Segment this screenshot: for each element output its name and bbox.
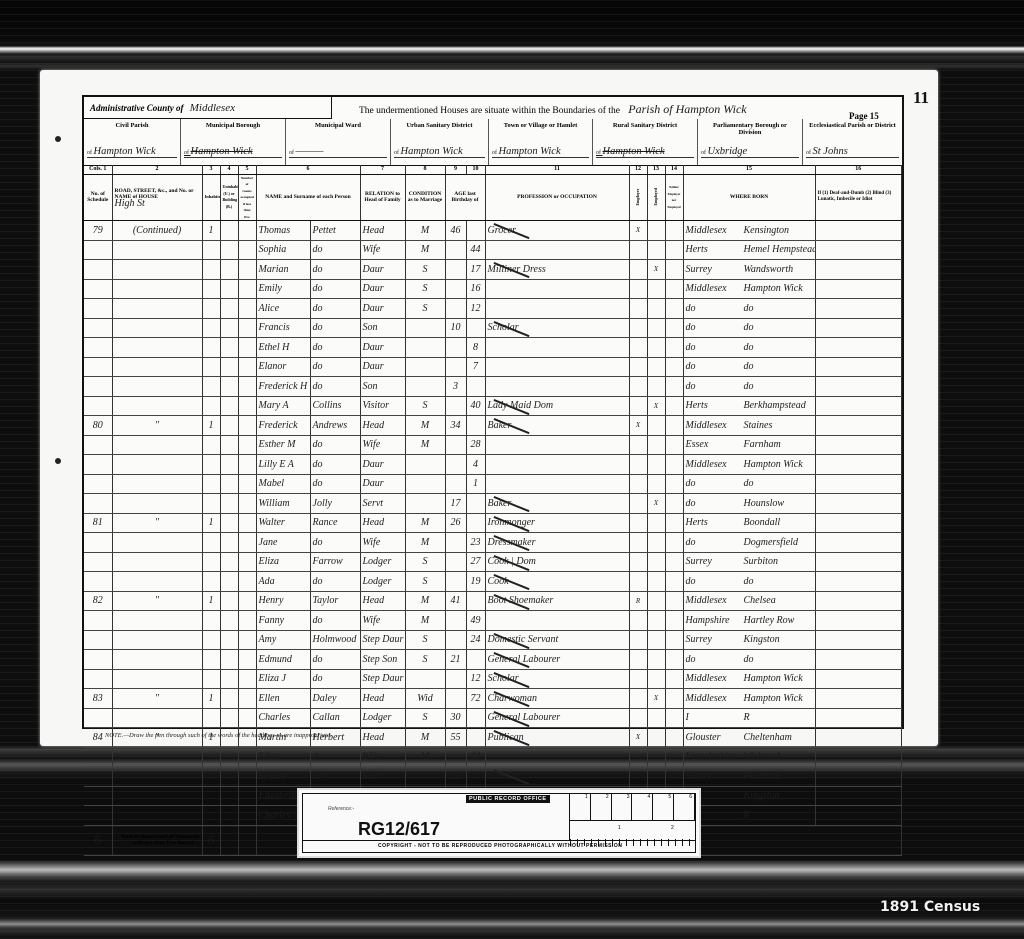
copyright-notice: COPYRIGHT - NOT TO BE REPRODUCED PHOTOGR… — [303, 840, 695, 852]
table-row: Mary ACollinsVisitorS40Lady Maid DomXHer… — [84, 396, 902, 416]
schedule-cell: 79 — [84, 221, 112, 241]
forename-cell: Sydney — [256, 767, 310, 787]
occupation-cell: Scholar — [485, 669, 629, 689]
inhabited-cell: 1 — [202, 689, 220, 709]
table-row: FrancisdoSon10Scholardodo — [84, 318, 902, 338]
female-age-cell: 17 — [466, 260, 485, 280]
schedule-cell — [84, 396, 112, 416]
male-age-cell — [445, 572, 466, 592]
employed-cell: X — [647, 396, 665, 416]
female-age-cell: 44 — [466, 747, 485, 767]
schedule-cell — [84, 377, 112, 397]
col-number: 2 — [112, 165, 202, 174]
empty-cell — [238, 825, 256, 855]
condition-cell: M — [405, 728, 445, 748]
infirmity-cell — [815, 474, 902, 494]
infirmity-cell — [815, 455, 902, 475]
forename-cell: Marian — [256, 260, 310, 280]
birth-county: Surrey — [686, 264, 744, 275]
neither-cell — [665, 572, 683, 592]
relation-cell: Daur — [360, 260, 405, 280]
birth-place: R — [744, 712, 750, 723]
table-row: 80"1FrederickAndrewsHeadM34BakerXMiddles… — [84, 416, 902, 436]
relation-cell: Step Son — [360, 650, 405, 670]
surname-cell: do — [310, 240, 360, 260]
birth-county: Middlesex — [686, 673, 744, 684]
surname-cell: do — [310, 435, 360, 455]
district-row: Civil Parish Hampton Wick Municipal Boro… — [84, 119, 902, 166]
occupation-cell: Publican — [485, 728, 629, 748]
occupation-cell — [485, 299, 629, 319]
schedule-cell: 82 — [84, 591, 112, 611]
employer-cell — [629, 279, 647, 299]
relation-cell: Daur — [360, 357, 405, 377]
scale-tick: 2 — [591, 794, 612, 820]
relation-cell: Head — [360, 416, 405, 436]
road-cell — [112, 435, 202, 455]
surname-cell: Rance — [310, 513, 360, 533]
condition-cell: M — [405, 533, 445, 553]
employer-cell: X — [629, 728, 647, 748]
schedule-cell — [84, 786, 112, 806]
birth-place: Hartley Row — [744, 615, 795, 626]
birthplace-cell: dodo — [683, 377, 815, 397]
condition-cell: M — [405, 747, 445, 767]
birthplace-cell: dodo — [683, 299, 815, 319]
header-name: NAME and Surname of each Person — [256, 174, 360, 221]
condition-cell: M — [405, 221, 445, 241]
infirmity-cell — [815, 435, 902, 455]
punch-hole-icon — [55, 458, 61, 464]
forename-cell: Edmund — [256, 650, 310, 670]
birth-county: Middlesex — [686, 459, 744, 470]
occupation-cell: Milliner Dress — [485, 260, 629, 280]
employer-cell — [629, 611, 647, 631]
employed-cell — [647, 377, 665, 397]
infirmity-cell — [815, 747, 902, 767]
condition-cell: S — [405, 552, 445, 572]
table-row: MariandoDaurS17Milliner DressXSurreyWand… — [84, 260, 902, 280]
birthplace-cell: dodo — [683, 318, 815, 338]
relation-cell: Daur — [360, 474, 405, 494]
uninhabited-cell — [220, 435, 238, 455]
birthplace-cell: MiddlesexStaines — [683, 416, 815, 436]
inhabited-cell — [202, 786, 220, 806]
surname-cell: Daley — [310, 689, 360, 709]
birth-place: Peckham — [744, 771, 781, 782]
neither-cell — [665, 377, 683, 397]
occupation-cell: Domestic Servant — [485, 630, 629, 650]
forename-cell: Esther M — [256, 435, 310, 455]
male-age-cell — [445, 299, 466, 319]
occupation-cell — [485, 279, 629, 299]
female-age-cell: 49 — [466, 611, 485, 631]
table-row: EmilydoDaurS16MiddlesexHampton Wick — [84, 279, 902, 299]
houses-total-label: Total of Houses and of Tenements with le… — [112, 825, 202, 855]
employer-cell — [629, 435, 647, 455]
birthplace-cell: SurreyKingston — [683, 630, 815, 650]
schedule-cell — [84, 708, 112, 728]
birth-county: do — [686, 537, 744, 548]
rooms-cell — [238, 611, 256, 631]
employed-cell — [647, 669, 665, 689]
neither-cell — [665, 318, 683, 338]
condition-cell: S — [405, 650, 445, 670]
birth-county: do — [686, 478, 744, 489]
scale-cm: 1 2 3 4 5 6 — [570, 794, 695, 821]
road-cell — [112, 299, 202, 319]
inhabited-cell — [202, 260, 220, 280]
relation-cell: Daur — [360, 338, 405, 358]
occupation-cell — [485, 377, 629, 397]
table-row: 81"1WalterRanceHeadM26IronmongerHertsBoo… — [84, 513, 902, 533]
neither-cell — [665, 357, 683, 377]
header-neither: Neither Employer nor Employed — [665, 174, 683, 221]
birthplace-cell: MiddlesexHampton Wick — [683, 669, 815, 689]
surname-cell: do — [310, 474, 360, 494]
birth-place: Chelsea — [744, 595, 776, 606]
surname-cell: do — [310, 767, 360, 787]
road-cell: (Continued) — [112, 221, 202, 241]
rooms-cell — [238, 318, 256, 338]
schedule-cell: 81 — [84, 513, 112, 533]
col-number: 11 — [485, 165, 629, 174]
employer-cell — [629, 767, 647, 787]
forename-cell: Sophia — [256, 240, 310, 260]
birthplace-cell: SurreyWandsworth — [683, 260, 815, 280]
uninhabited-cell — [220, 494, 238, 514]
inhabited-cell — [202, 318, 220, 338]
inhabited-cell — [202, 708, 220, 728]
rooms-cell — [238, 533, 256, 553]
forename-cell: Fanny — [256, 611, 310, 631]
female-age-cell — [466, 416, 485, 436]
schedule-cell — [84, 572, 112, 592]
col-number: 3 — [202, 165, 220, 174]
inhabited-cell: 1 — [202, 513, 220, 533]
header-road: ROAD, STREET, &c., and No. or NAME of HO… — [112, 174, 202, 221]
employer-cell — [629, 708, 647, 728]
road-cell — [112, 669, 202, 689]
inhabited-cell — [202, 396, 220, 416]
relation-cell: Lodger — [360, 552, 405, 572]
infirmity-cell — [815, 221, 902, 241]
employer-cell — [629, 474, 647, 494]
header-infirmity: If (1) Deaf-and-Dumb (2) Blind (3) Lunat… — [815, 174, 902, 221]
inhabited-cell — [202, 533, 220, 553]
forename-cell: Francis — [256, 318, 310, 338]
forename-cell: Thomas — [256, 221, 310, 241]
rooms-cell — [238, 455, 256, 475]
inhabited-cell — [202, 611, 220, 631]
relation-cell: Wife — [360, 435, 405, 455]
district-label: Rural Sanitary District — [596, 122, 694, 138]
surname-cell: do — [310, 279, 360, 299]
schedule-cell — [84, 299, 112, 319]
neither-cell — [665, 767, 683, 787]
birthplace-cell: dodo — [683, 650, 815, 670]
road-cell — [112, 474, 202, 494]
employer-cell — [629, 630, 647, 650]
infirmity-cell — [815, 279, 902, 299]
male-age-cell — [445, 455, 466, 475]
scale-tick: 1 — [570, 794, 591, 820]
neither-cell — [665, 669, 683, 689]
forename-cell: Walter — [256, 513, 310, 533]
rooms-cell — [238, 591, 256, 611]
road-cell: " — [112, 689, 202, 709]
uninhabited-cell — [220, 747, 238, 767]
birth-place: do — [744, 322, 754, 333]
employed-cell — [647, 318, 665, 338]
inhabited-cell: 1 — [202, 591, 220, 611]
employer-cell — [629, 299, 647, 319]
birth-place: Surbiton — [744, 556, 778, 567]
district-value: Hampton Wick — [184, 146, 282, 158]
empty-cell — [220, 825, 238, 855]
birth-county: Glouster — [686, 732, 744, 743]
occupation-cell: Lady Maid Dom — [485, 396, 629, 416]
occupation-cell: Boot Shoemaker — [485, 591, 629, 611]
inhabited-cell — [202, 377, 220, 397]
inhabited-cell — [202, 357, 220, 377]
employed-cell — [647, 513, 665, 533]
rooms-cell — [238, 650, 256, 670]
relation-cell: Servt — [360, 494, 405, 514]
birth-county: Surrey — [686, 556, 744, 567]
employed-cell — [647, 572, 665, 592]
occupation-cell — [485, 435, 629, 455]
rooms-cell — [238, 786, 256, 806]
occupation-cell: Dressmaker — [485, 533, 629, 553]
condition-cell: S — [405, 630, 445, 650]
female-age-cell — [466, 767, 485, 787]
female-age-cell: 28 — [466, 435, 485, 455]
birthplace-cell: doDogmersfield — [683, 533, 815, 553]
relation-cell: Head — [360, 689, 405, 709]
neither-cell — [665, 513, 683, 533]
forename-cell: Lilly E A — [256, 455, 310, 475]
occupation-cell: Cook | Dom — [485, 552, 629, 572]
table-row: CharlesCallanLodgerS30General LabourerIR — [84, 708, 902, 728]
rooms-cell — [238, 279, 256, 299]
rooms-cell — [238, 806, 256, 826]
table-row: 82"1HenryTaylorHeadM41Boot ShoemakerRMid… — [84, 591, 902, 611]
uninhabited-cell — [220, 221, 238, 241]
birth-place: Hemel Hempstead — [744, 244, 816, 255]
birthplace-cell: IR — [683, 806, 815, 826]
female-age-cell: 16 — [466, 279, 485, 299]
col-number: 16 — [815, 165, 902, 174]
condition-cell: S — [405, 708, 445, 728]
district-civil-parish: Civil Parish Hampton Wick — [84, 119, 181, 165]
condition-cell — [405, 318, 445, 338]
neither-cell — [665, 591, 683, 611]
schedule-cell — [84, 494, 112, 514]
condition-cell: Wid — [405, 689, 445, 709]
uninhabited-cell — [220, 396, 238, 416]
column-headers-row: No. of Schedule ROAD, STREET, &c., and N… — [84, 174, 902, 221]
employer-cell — [629, 240, 647, 260]
table-row: 79(Continued)1ThomasPettetHeadM46GrocerX… — [84, 221, 902, 241]
birthplace-cell: MiddlesexHampton Wick — [683, 279, 815, 299]
birthplace-cell: HertsBoondall — [683, 513, 815, 533]
employed-cell — [647, 299, 665, 319]
scale-tick: 1 — [618, 825, 621, 831]
birth-place: Hampton Wick — [744, 283, 803, 294]
rooms-cell — [238, 357, 256, 377]
header-rooms: Number of rooms occupied if less than fi… — [238, 174, 256, 221]
forename-cell: Henry — [256, 591, 310, 611]
road-cell — [112, 552, 202, 572]
male-age-cell: 41 — [445, 591, 466, 611]
schedule-cell — [84, 260, 112, 280]
heading-note: NOTE.—Draw the pen through such of the w… — [105, 732, 331, 739]
measurement-scale: 1 2 3 4 5 6 1 2 — [569, 794, 695, 841]
birth-place: Staines — [744, 420, 773, 431]
surname-cell: do — [310, 455, 360, 475]
forename-cell: Frederick — [256, 416, 310, 436]
rooms-cell — [238, 377, 256, 397]
employed-cell — [647, 221, 665, 241]
occupation-cell: Ironmonger — [485, 513, 629, 533]
infirmity-cell — [815, 767, 902, 787]
infirmity-cell — [815, 377, 902, 397]
occupation-cell: General Labourer — [485, 708, 629, 728]
reference-slip: PUBLIC RECORD OFFICE Reference:- RG12/61… — [297, 788, 701, 858]
employer-cell — [629, 396, 647, 416]
employer-cell — [629, 338, 647, 358]
header-relation: RELATION to Head of Family — [360, 174, 405, 221]
condition-cell — [405, 377, 445, 397]
infirmity-cell — [815, 728, 902, 748]
neither-cell — [665, 708, 683, 728]
birth-place: Kingston — [744, 634, 780, 645]
employer-cell — [629, 513, 647, 533]
female-age-cell — [466, 513, 485, 533]
table-row: EdmunddoStep SonS21General Labourerdodo — [84, 650, 902, 670]
birthplace-cell: MiddlesexHampton Wick — [683, 689, 815, 709]
birth-county: Middlesex — [686, 595, 744, 606]
district-value: Hampton Wick — [492, 146, 589, 158]
employed-cell — [647, 279, 665, 299]
uninhabited-cell — [220, 260, 238, 280]
female-age-cell — [466, 377, 485, 397]
employed-cell — [647, 435, 665, 455]
road-cell — [112, 494, 202, 514]
employer-cell — [629, 689, 647, 709]
male-age-cell — [445, 474, 466, 494]
district-label: Parliamentary Borough or Division — [701, 122, 799, 138]
inhabited-cell — [202, 747, 220, 767]
male-age-cell — [445, 669, 466, 689]
district-label: Town or Village or Hamlet — [492, 122, 589, 138]
schedule-cell — [84, 630, 112, 650]
rooms-cell — [238, 299, 256, 319]
male-age-cell: 46 — [445, 221, 466, 241]
surname-cell: do — [310, 357, 360, 377]
birth-county: do — [686, 654, 744, 665]
forename-cell: Eliza — [256, 552, 310, 572]
table-row: ElanordoDaur7dodo — [84, 357, 902, 377]
male-age-cell: 55 — [445, 728, 466, 748]
rooms-cell — [238, 708, 256, 728]
infirmity-cell — [815, 591, 902, 611]
neither-cell — [665, 689, 683, 709]
birth-place: do — [744, 576, 754, 587]
female-age-cell — [466, 494, 485, 514]
neither-cell — [665, 474, 683, 494]
employed-cell: X — [647, 494, 665, 514]
census-year-label: 1891 Census — [880, 899, 980, 915]
road-cell — [112, 533, 202, 553]
employer-cell — [629, 260, 647, 280]
relation-cell: Lodger — [360, 708, 405, 728]
employer-cell — [629, 650, 647, 670]
inhabited-cell — [202, 299, 220, 319]
road-cell: " — [112, 513, 202, 533]
relation-cell: Step Daur — [360, 669, 405, 689]
district-urban-sanitary: Urban Sanitary District Hampton Wick — [391, 119, 489, 165]
birth-county: Middlesex — [686, 420, 744, 431]
road-cell — [112, 806, 202, 826]
male-age-cell: 10 — [445, 318, 466, 338]
district-value: Hampton Wick — [87, 146, 177, 158]
road-cell — [112, 611, 202, 631]
uninhabited-cell — [220, 240, 238, 260]
header-schedule: No. of Schedule — [84, 174, 112, 221]
neither-cell — [665, 221, 683, 241]
uninhabited-cell — [220, 474, 238, 494]
birth-place: do — [744, 654, 754, 665]
birthplace-cell: MiddlesexChelsea — [683, 591, 815, 611]
employed-cell: X — [647, 260, 665, 280]
birth-place: Cheltenham — [744, 732, 792, 743]
surname-cell: Holmwood — [310, 630, 360, 650]
rooms-cell — [238, 572, 256, 592]
uninhabited-cell — [220, 299, 238, 319]
employed-cell — [647, 767, 665, 787]
employed-cell — [647, 552, 665, 572]
birth-county: Hampshire — [686, 615, 744, 626]
female-age-cell — [466, 318, 485, 338]
district-label: Municipal Borough — [184, 122, 282, 138]
uninhabited-cell — [220, 669, 238, 689]
male-age-cell: 34 — [445, 416, 466, 436]
employer-cell — [629, 455, 647, 475]
female-age-cell: 44 — [466, 240, 485, 260]
table-row: EllendoWifeM44LincolnshireWisbeach — [84, 747, 902, 767]
header-age: AGE last Birthday of — [445, 174, 485, 221]
birth-place: Wandsworth — [744, 264, 794, 275]
road-cell — [112, 630, 202, 650]
infirmity-cell — [815, 650, 902, 670]
male-age-cell: 21 — [445, 650, 466, 670]
col-number: 8 — [405, 165, 445, 174]
employer-cell: X — [629, 221, 647, 241]
scale-tick: 3 — [612, 794, 633, 820]
houses-total: 6 — [84, 825, 112, 855]
condition-cell — [405, 338, 445, 358]
birth-county: Herts — [686, 244, 744, 255]
employed-cell — [647, 455, 665, 475]
infirmity-cell — [815, 260, 902, 280]
relation-cell: Head — [360, 513, 405, 533]
rooms-cell — [238, 338, 256, 358]
neither-cell — [665, 494, 683, 514]
neither-cell — [665, 416, 683, 436]
district-label: Ecclesiastical Parish or District — [806, 122, 899, 138]
